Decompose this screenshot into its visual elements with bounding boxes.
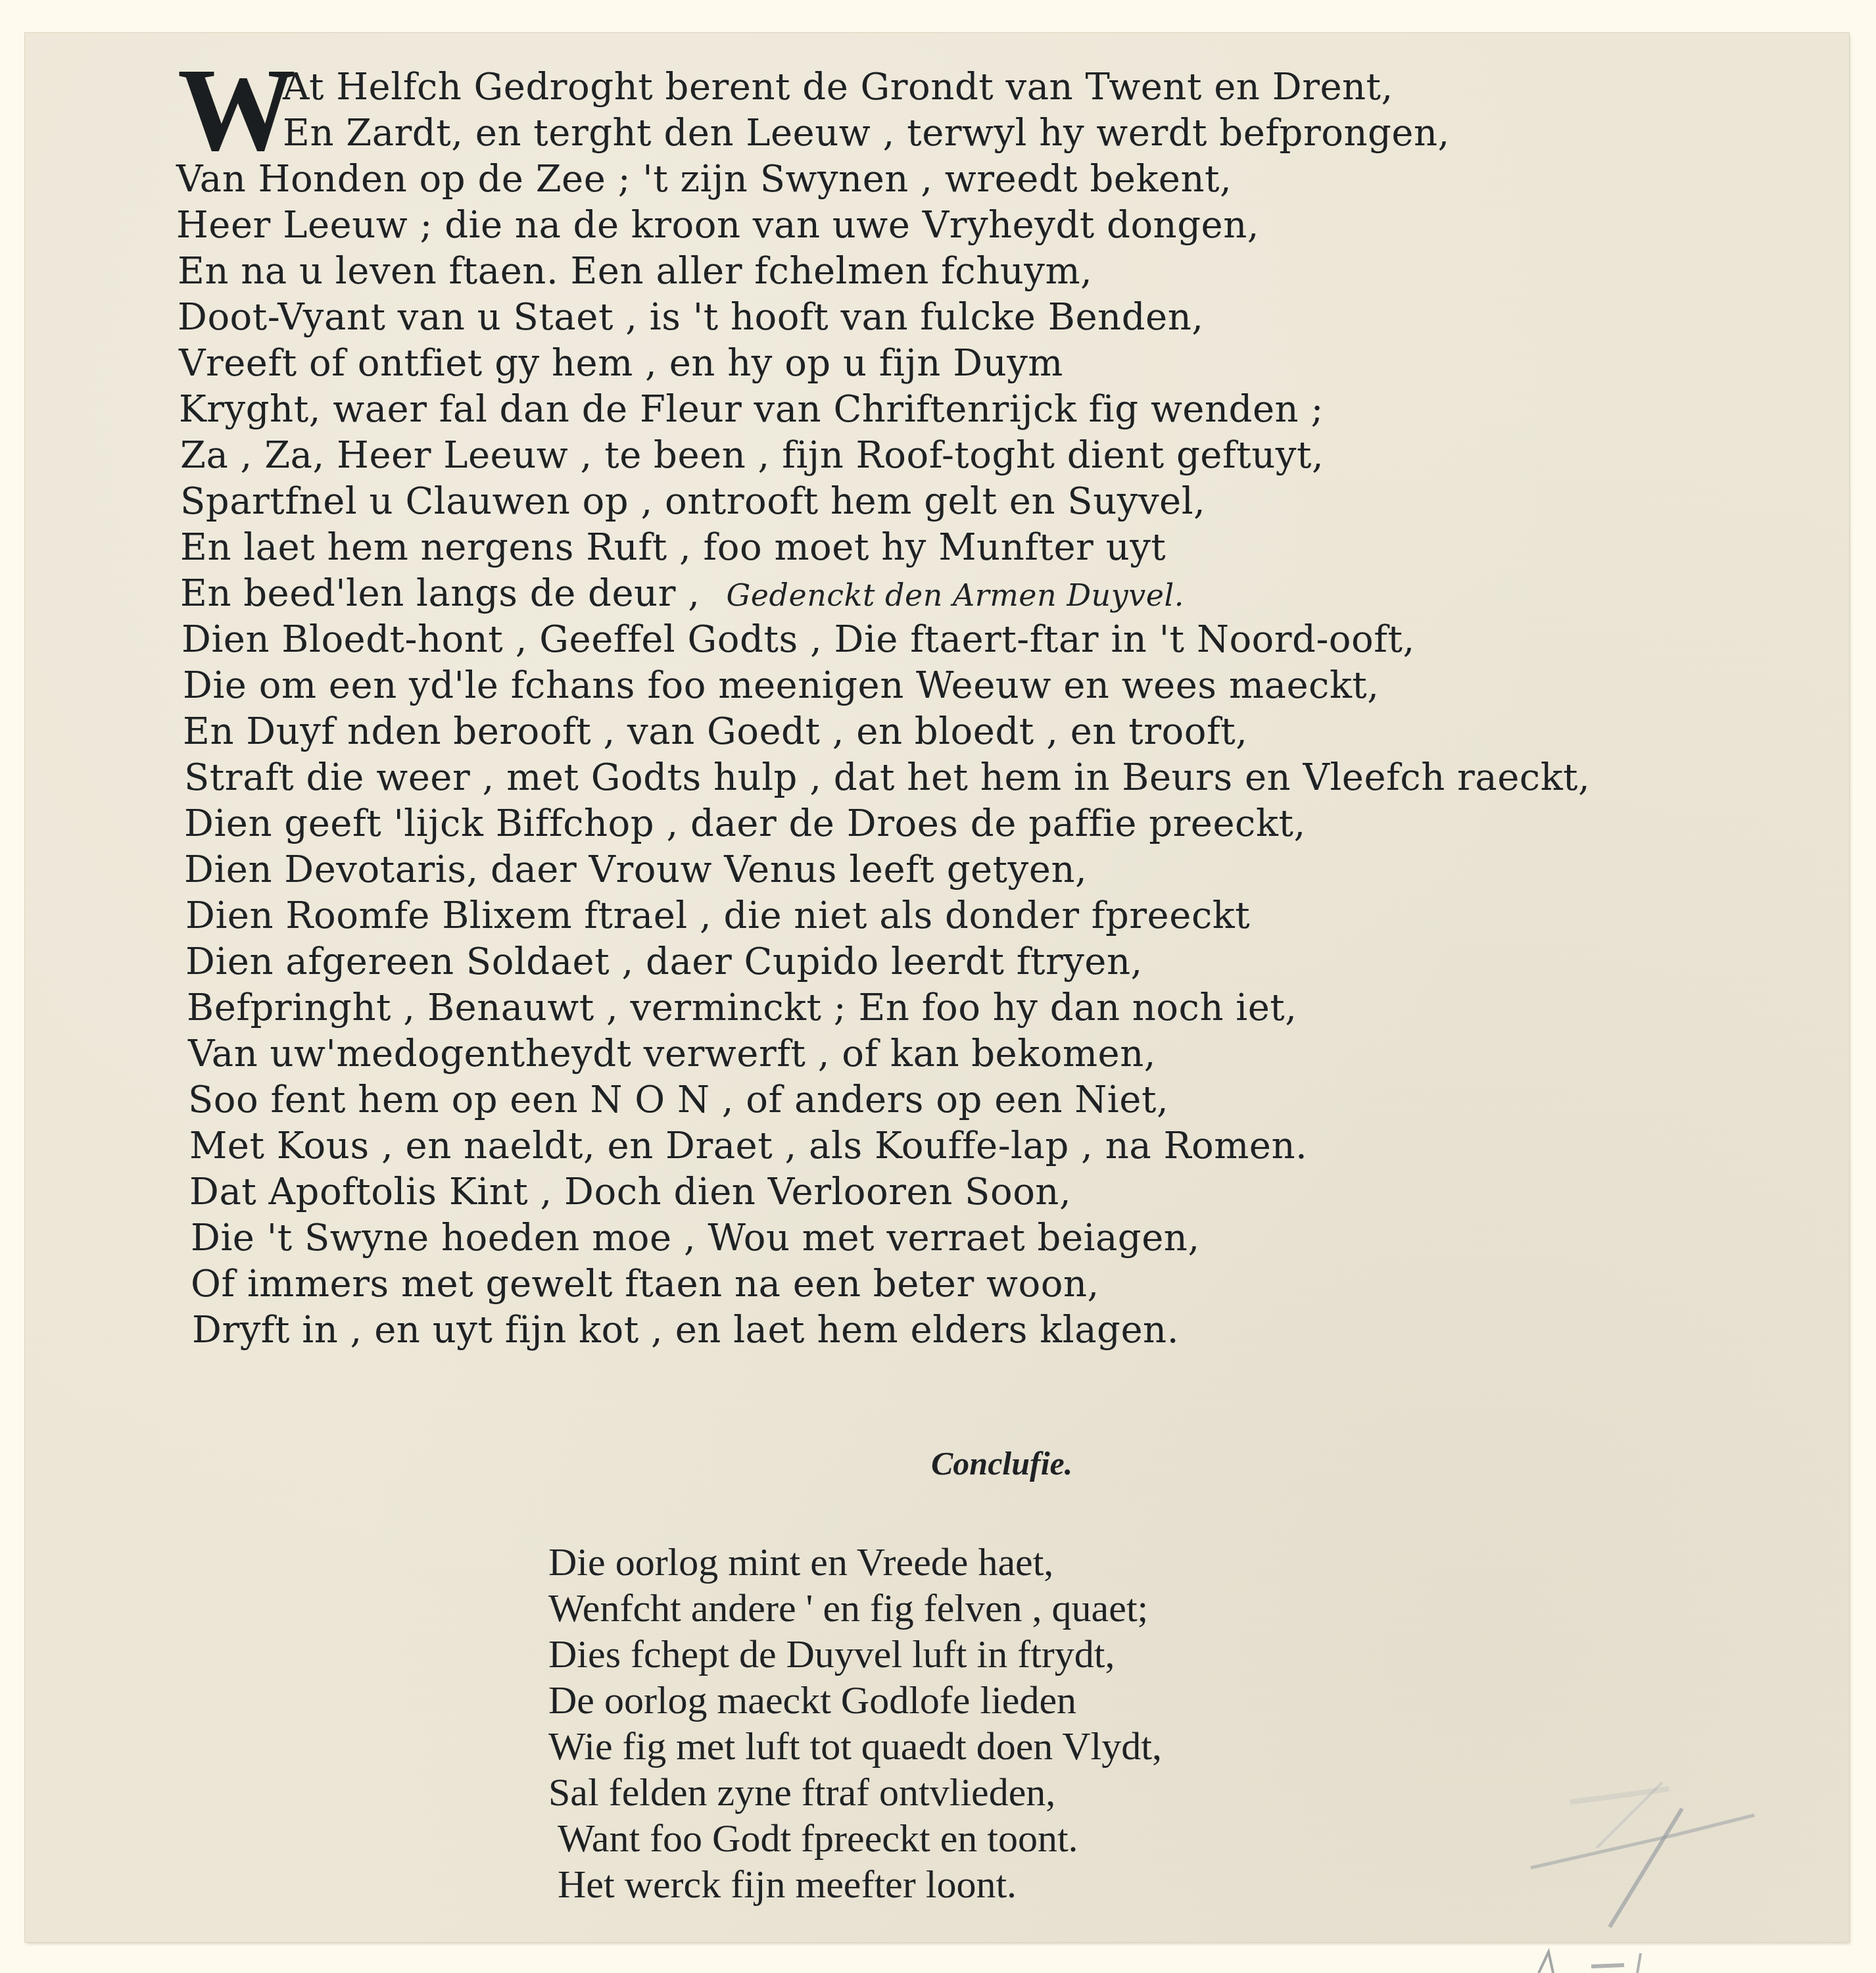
poem-line-9: Za , Za, Heer Leeuw , te been , fijn Roo… (180, 433, 1324, 479)
poem-line-15: En Duyf nden berooft , van Goedt , en bl… (183, 709, 1247, 755)
poem-line-12-text: En beed'len langs de deur , (180, 572, 700, 615)
poem-line-17: Dien geeft 'lijck Biffchop , daer de Dro… (184, 801, 1306, 847)
poem-line-2: En Zardt, en terght den Leeuw , terwyl h… (283, 110, 1450, 157)
poem-line-28: Dryft in , en uyt fijn kot , en laet hem… (192, 1307, 1179, 1353)
conclusion-line-7: Want foo Godt fpreeckt en toont. (558, 1815, 1078, 1861)
poem-line-5: En na u leven ftaen. Een aller fchelmen … (178, 249, 1092, 295)
conclusion-line-6: Sal felden zyne ftraf ontvlieden, (548, 1769, 1055, 1815)
conclusion-line-3: Dies fchept de Duyvel luft in ftrydt, (548, 1631, 1115, 1677)
poem-line-4: Heer Leeuw ; die na de kroon van uwe Vry… (176, 203, 1259, 249)
pencil-inscription-icon (1532, 1947, 1703, 1973)
poem-line-25: Dat Apoftolis Kint , Doch dien Verlooren… (189, 1169, 1071, 1215)
italic-motto: Gedenckt den Armen Duyvel. (727, 577, 1184, 613)
conclusion-line-4: De oorlog maeckt Godlofe lieden (548, 1677, 1076, 1723)
conclusion-line-8: Het werck fijn meefter loont. (558, 1861, 1017, 1907)
poem-text: W At Helfch Gedroght berent de Grondt va… (25, 33, 1849, 1942)
poem-line-23: Soo fent hem op een N O N , of anders op… (188, 1077, 1168, 1123)
poem-line-19: Dien Roomfe Blixem ftrael , die niet als… (185, 893, 1250, 939)
poem-line-20: Dien afgereen Soldaet , daer Cupido leer… (185, 939, 1143, 985)
mount-background: W At Helfch Gedroght berent de Grondt va… (0, 0, 1876, 1973)
conclusion-line-2: Wenfcht andere ' en fig felven , quaet; (548, 1585, 1148, 1631)
poem-line-7: Vreeft of ontfiet gy hem , en hy op u fi… (179, 341, 1063, 387)
poem-line-12: En beed'len langs de deur ,Gedenckt den … (180, 571, 1184, 618)
conclusion-heading: Conclufie. (931, 1440, 1072, 1486)
poem-line-22: Van uw'medogentheydt verwerft , of kan b… (188, 1031, 1156, 1077)
poem-line-21: Befpringht , Benauwt , verminckt ; En fo… (187, 985, 1297, 1031)
drop-cap: W (178, 61, 296, 159)
conclusion-line-1: Die oorlog mint en Vreede haet, (548, 1539, 1053, 1585)
conclusion-line-5: Wie fig met luft tot quaedt doen Vlydt, (548, 1723, 1162, 1769)
poem-line-11: En laet hem nergens Ruft , foo moet hy M… (180, 525, 1166, 571)
poem-line-14: Die om een yd'le fchans foo meenigen Wee… (183, 663, 1380, 709)
poem-line-3: Van Honden op de Zee ; 't zijn Swynen , … (176, 157, 1232, 203)
poem-line-10: Spartfnel u Clauwen op , ontrooft hem ge… (180, 479, 1205, 525)
poem-line-8: Kryght, waer fal dan de Fleur van Chrift… (179, 387, 1324, 433)
poem-line-13: Dien Bloedt-hont , Geeffel Godts , Die f… (181, 617, 1415, 663)
poem-line-1: At Helfch Gedroght berent de Grondt van … (283, 64, 1393, 110)
poem-line-16: Straft die weer , met Godts hulp , dat h… (184, 755, 1590, 801)
poem-line-18: Dien Devotaris, daer Vrouw Venus leeft g… (184, 847, 1087, 893)
paper-sheet: W At Helfch Gedroght berent de Grondt va… (25, 33, 1849, 1942)
poem-line-6: Doot-Vyant van u Staet , is 't hooft van… (178, 295, 1204, 341)
poem-line-24: Met Kous , en naeldt, en Draet , als Kou… (189, 1123, 1307, 1169)
poem-line-27: Of immers met gewelt ftaen na een beter … (191, 1261, 1099, 1307)
poem-line-26: Die 't Swyne hoeden moe , Wou met verrae… (191, 1215, 1200, 1261)
